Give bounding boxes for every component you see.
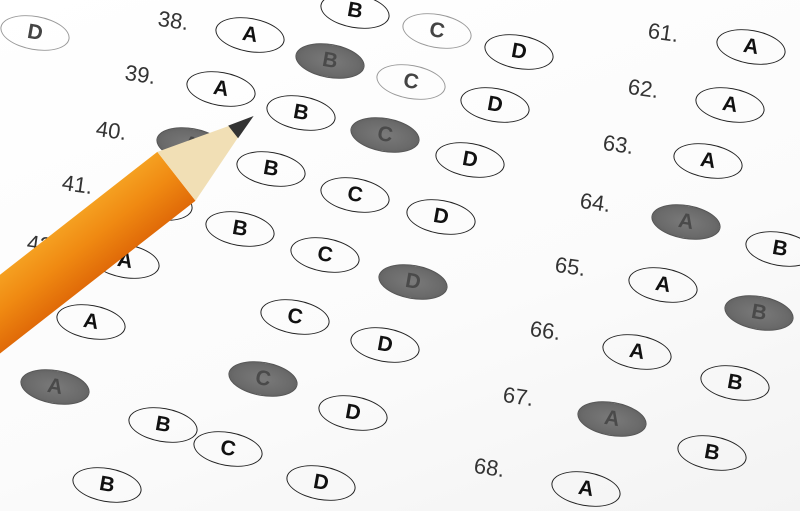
answer-bubble: A [549,466,624,511]
question-number: 65. [553,252,587,282]
answer-bubble: D [404,194,479,240]
answer-bubble: B [743,226,800,272]
question-number: 67. [501,382,535,412]
filled-answer-bubble: A [649,199,724,245]
answer-bubble: D [348,322,423,368]
answer-bubble: B [698,360,773,406]
question-number: 40. [94,116,128,146]
answer-bubble: D [284,460,359,506]
answer-bubble: A [714,24,789,70]
answer-bubble: B [70,462,145,508]
question-number: 38. [156,6,190,36]
answer-bubble: B [203,206,278,252]
answer-bubble: C [318,172,393,218]
question-number: 64. [578,188,612,218]
answer-bubble: C [191,426,266,472]
answer-bubble: D [316,390,391,436]
question-number: 62. [626,74,660,104]
filled-answer-bubble: B [293,38,368,84]
answer-bubble: D [458,82,533,128]
question-number: 41. [60,170,94,200]
filled-answer-bubble: C [348,112,423,158]
answer-bubble: D [0,10,72,56]
filled-answer-bubble: A [575,396,650,442]
question-number: 61. [646,18,680,48]
answer-bubble: B [675,430,750,476]
answer-bubble: C [374,59,449,105]
question-number: 66. [528,316,562,346]
question-number: 63. [601,130,635,160]
answer-bubble: A [626,262,701,308]
answer-bubble: D [433,137,508,183]
answer-bubble: A [54,299,129,345]
filled-answer-bubble: C [226,356,301,402]
answer-bubble: A [693,82,768,128]
filled-answer-bubble: B [722,290,797,336]
answer-bubble: A [671,138,746,184]
filled-answer-bubble: A [18,364,93,410]
answer-bubble: A [213,12,288,58]
answer-bubble: B [318,0,393,34]
answer-bubble: B [126,402,201,448]
answer-bubble: A [600,329,675,375]
question-number: 68. [472,453,506,483]
answer-bubble: C [258,294,333,340]
filled-answer-bubble: D [376,259,451,305]
answer-bubble: C [288,232,363,278]
answer-bubble: D [482,29,557,75]
question-number: 39. [123,60,157,90]
answer-bubble: C [400,8,475,54]
